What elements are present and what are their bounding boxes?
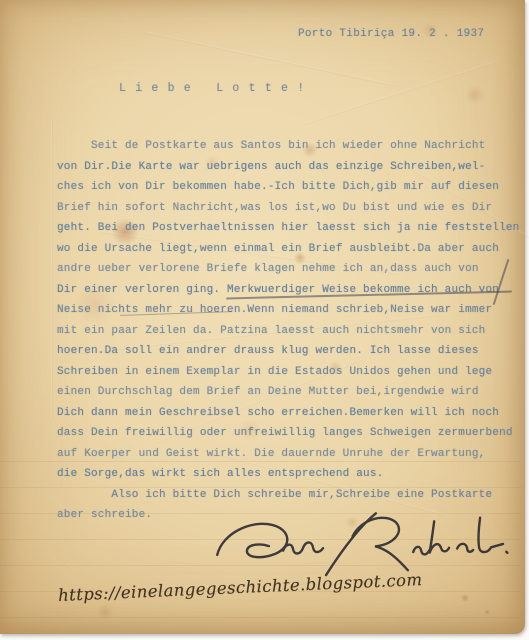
- letter-line: auf Koerper und Geist wirkt. Die dauernd…: [57, 444, 519, 465]
- letter-line: Seit de Postkarte aus Santos bin ich wie…: [57, 136, 519, 157]
- aged-paper: Porto Tibiriça 19. 2 . 1937 L i e b e L …: [0, 0, 525, 634]
- letter-line: mit ein paar Zeilen da. Patzina laesst a…: [57, 321, 519, 342]
- letter-body: Seit de Postkarte aus Santos bin ich wie…: [57, 136, 519, 526]
- paper-crease: [305, 61, 496, 125]
- dateline: Porto Tibiriça 19. 2 . 1937: [298, 28, 484, 40]
- letter-line: Also ich bitte Dich schreibe mir,Schreib…: [57, 485, 519, 506]
- letter-line: dass Dein freiwillig oder unfreiwillig l…: [57, 423, 519, 444]
- letter-line: andre ueber verlorene Briefe klagen nehm…: [57, 259, 519, 280]
- salutation: L i e b e L o t t e !: [119, 82, 305, 95]
- letter-line: ches ich von Dir bekommen habe.-Ich bitt…: [57, 177, 519, 198]
- letter-line: Schreiben in einem Exemplar in die Estad…: [57, 362, 519, 383]
- letter-line: hoeren.Da soll ein andrer drauss klug we…: [57, 341, 519, 362]
- scan-background: Porto Tibiriça 19. 2 . 1937 L i e b e L …: [0, 0, 529, 640]
- letter-line: geht. Bei den Postverhaeltnissen hier la…: [57, 218, 519, 239]
- letter-line: Dich dann mein Geschreibsel scho erreich…: [57, 403, 519, 424]
- letter-line: einen Durchschlag dem Brief an Deine Mut…: [57, 382, 519, 403]
- scanned-letter-page: { "letter": { "dateline": "Porto Tibiriç…: [0, 0, 529, 640]
- letter-line: Brief hin sofort Nachricht,was los ist,w…: [57, 198, 519, 219]
- letter-line: Neise nichts mehr zu hoeren.Wenn niemand…: [57, 300, 519, 321]
- letter-line: Dir einer verloren ging. Merkwuerdiger W…: [57, 280, 519, 301]
- letter-line: die Sorge,das wirkt sich alles entsprech…: [57, 464, 519, 485]
- letter-line: von Dir.Die Karte war uebrigens auch das…: [57, 157, 519, 178]
- letter-line: wo die Ursache liegt,wenn einmal ein Bri…: [57, 239, 519, 260]
- paper-crease: [51, 120, 53, 420]
